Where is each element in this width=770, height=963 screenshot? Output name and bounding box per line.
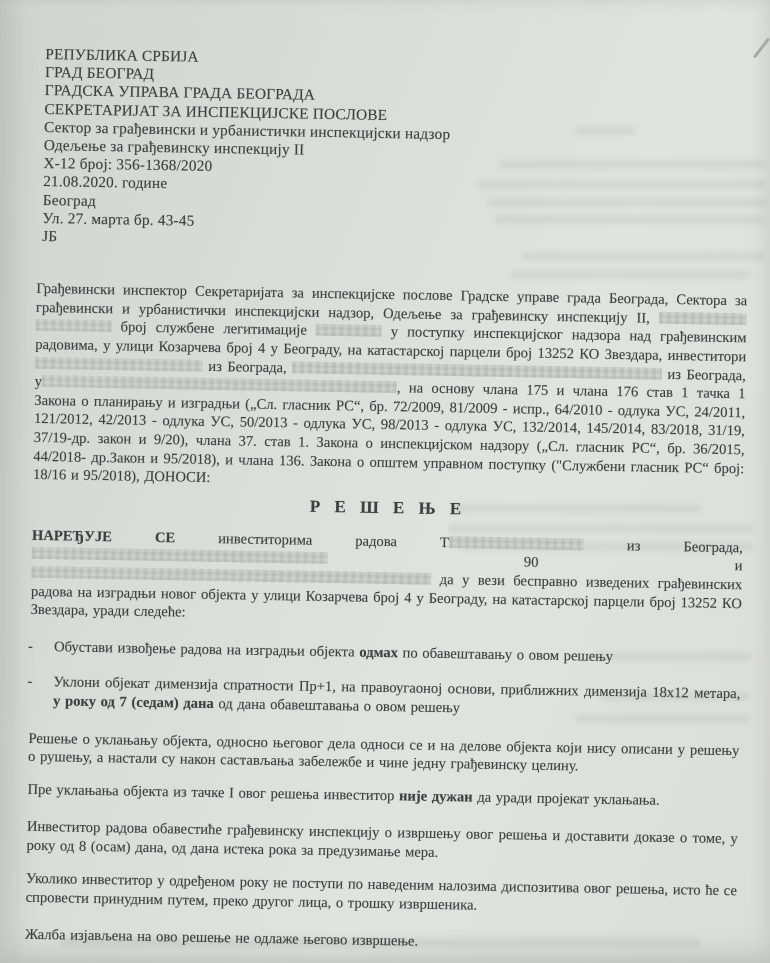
text-segment: Обустави извођење радова на изградњи обј… (54, 639, 360, 660)
letterhead: РЕПУБЛИКА СРБИЈА ГРАД БЕОГРАД ГРАДСКА УП… (42, 46, 751, 259)
text-segment: Уколико инвеститор у одређеном року не п… (26, 871, 737, 913)
paragraph: Решење о уклањању објекта, односно његов… (28, 729, 740, 779)
text-segment: , на основу члана 175 и члана 176 став 1… (33, 380, 746, 486)
bullet-dash: - (28, 638, 54, 657)
text-segment: од дана обавештавања о овом решењу (214, 696, 461, 716)
document: РЕПУБЛИКА СРБИЈА ГРАД БЕОГРАД ГРАДСКА УП… (0, 0, 770, 957)
paragraph: Уколико инвеститор у одређеном року не п… (25, 870, 737, 920)
text-segment: одмах (359, 644, 398, 661)
redacted-text (42, 375, 397, 393)
text-segment: није дужан (399, 788, 473, 805)
text-segment: број службене легитимације (111, 320, 316, 340)
redacted-text (36, 319, 112, 332)
redacted-text (292, 361, 662, 379)
text-segment: да уради пројекат уклањања. (472, 789, 659, 808)
bullet-text: Уклони објекат димензија спратности Пр+1… (53, 674, 741, 723)
redacted-text (316, 324, 382, 337)
paragraph: Жалба изјављена на ово решење не одлаже … (25, 925, 736, 956)
text-segment: у року од 7 (седам) дана (53, 693, 214, 712)
text-segment: из Београда, (203, 358, 292, 376)
text-segment: Инвеститор радова обавестиће грађевинску… (26, 819, 737, 861)
decision-title: Р Е Ш Е Њ Е (32, 492, 743, 524)
bullet-text: Обустави извођење радова на изградњи обј… (54, 638, 741, 669)
text-segment: Пре уклањања објекта из тачке I овог реш… (27, 782, 399, 804)
text-segment: инвеститорима радова Т (175, 530, 449, 551)
redacted-text (32, 547, 328, 564)
scanned-document-photo: РЕПУБЛИКА СРБИЈА ГРАД БЕОГРАД ГРАДСКА УП… (0, 0, 770, 963)
text-segment: НАРЕЂУЈЕ СЕ (32, 528, 175, 546)
bullet-item: - Уклони објекат димензија спратности Пр… (27, 673, 741, 723)
bullet-dash: - (27, 673, 54, 711)
intro-paragraph: Грађевински инспектор Секретаријата за и… (33, 280, 747, 497)
redacted-text (35, 356, 203, 371)
redacted-text (659, 312, 747, 326)
redacted-text (31, 566, 431, 585)
text-segment: из Београда, (584, 537, 743, 556)
text-segment: по обавештавању о овом решењу (398, 645, 613, 665)
bullet-item: - Обустави извођење радова на изградњи о… (28, 638, 741, 669)
paragraph: Пре уклањања објекта из тачке I овог реш… (27, 781, 738, 812)
paragraph: Инвеститор радова обавестиће грађевинску… (26, 818, 738, 868)
text-segment: Решење о уклањању објекта, односно његов… (28, 730, 739, 774)
order-paragraph: НАРЕЂУЈЕ СЕ инвеститорима радова Т из Бе… (31, 527, 744, 632)
redacted-text (449, 536, 584, 550)
